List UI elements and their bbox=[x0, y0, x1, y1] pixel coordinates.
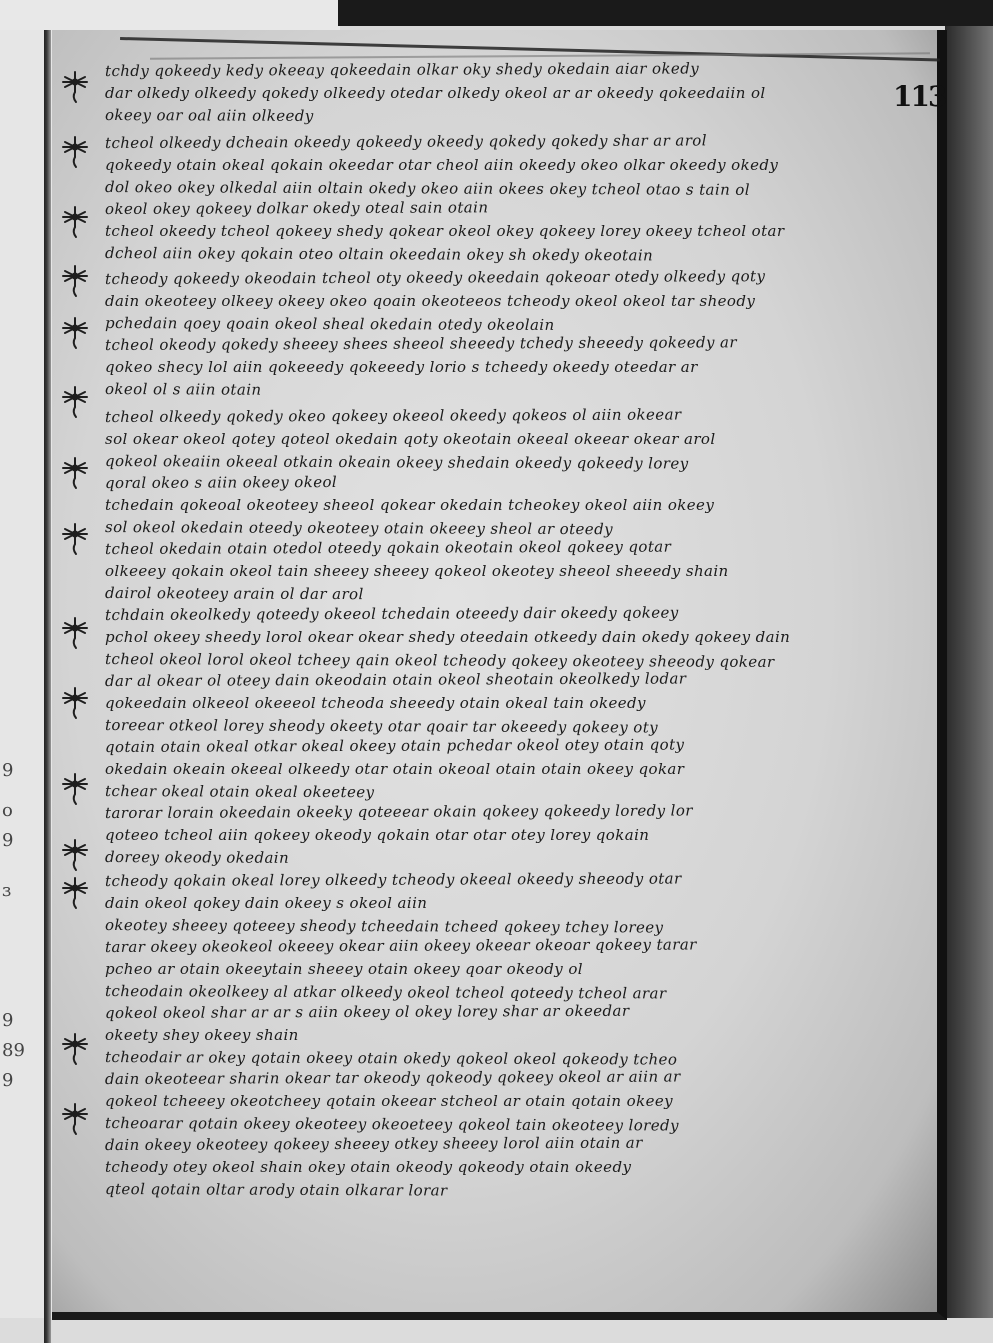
manuscript-line: qoral okeo s aiin okeey okeol bbox=[105, 473, 337, 492]
left-page-glyph: 9 bbox=[2, 830, 13, 851]
star-marker-icon bbox=[60, 203, 90, 239]
left-page-glyph: 9 bbox=[2, 1010, 13, 1031]
star-marker-icon bbox=[60, 1030, 90, 1066]
manuscript-line: qokeol tcheeey okeotcheey qotain okeear … bbox=[105, 1092, 673, 1110]
star-marker-icon bbox=[60, 68, 90, 104]
manuscript-line: okeol okey qokeey dolkar okedy oteal sai… bbox=[105, 198, 488, 218]
manuscript-line: qokeol okeaiin okeeal otkain okeain okee… bbox=[105, 452, 689, 473]
star-marker-icon bbox=[60, 262, 90, 298]
manuscript-line: tcheol okeol lorol okeol tcheey qain oke… bbox=[105, 650, 775, 671]
manuscript-line: tcheodair ar okey qotain okeey otain oke… bbox=[105, 1048, 677, 1068]
manuscript-line: tcheody qokeedy okeodain tcheol oty okee… bbox=[105, 267, 765, 288]
manuscript-line: tcheol olkeedy qokedy okeo qokeey okeeol… bbox=[105, 405, 682, 426]
star-marker-icon bbox=[60, 614, 90, 650]
star-marker-icon bbox=[60, 770, 90, 806]
manuscript-line: tarorar lorain okeedain okeeky qoteeear … bbox=[105, 801, 693, 822]
manuscript-line: dain okeey okeoteey qokeey sheeey otkey … bbox=[105, 1134, 643, 1154]
manuscript-line: qokeedain olkeeol okeeeol tcheoda sheeed… bbox=[105, 694, 646, 712]
manuscript-line: dairol okeoteey arain ol dar arol bbox=[105, 584, 364, 603]
star-marker-icon bbox=[60, 314, 90, 350]
manuscript-line: qteol qotain oltar arody otain olkarar l… bbox=[105, 1180, 448, 1199]
manuscript-line: dain okeol qokey dain okeey s okeol aiin bbox=[105, 894, 427, 912]
manuscript-line: tchdy qokeedy kedy okeeay qokeedain olka… bbox=[105, 59, 699, 80]
manuscript-line: tarar okeey okeokeol okeeey okear aiin o… bbox=[105, 935, 697, 956]
manuscript-line: tchear okeal otain okeal okeeteey bbox=[105, 782, 374, 801]
manuscript-line: doreey okeody okedain bbox=[105, 848, 289, 867]
left-page-top-edge bbox=[0, 0, 340, 34]
manuscript-line: tcheodain okeolkeey al atkar olkeedy oke… bbox=[105, 982, 667, 1002]
manuscript-line: tcheol okedain otain otedol oteedy qokai… bbox=[105, 538, 671, 558]
star-marker-icon bbox=[60, 454, 90, 490]
manuscript-line: dain okeoteey olkeey okeey okeo qoain ok… bbox=[105, 292, 755, 310]
manuscript-line: qokeedy otain okeal qokain okeedar otar … bbox=[105, 156, 778, 174]
manuscript-line: sol okeol okedain oteedy okeoteey otain … bbox=[105, 518, 613, 538]
manuscript-line: dain okeoteear sharin okear tar okeody q… bbox=[105, 1067, 681, 1088]
manuscript-line: qoteeo tcheol aiin qokeey okeody qokain … bbox=[105, 826, 649, 844]
left-page-glyph: 89 bbox=[2, 1040, 25, 1061]
manuscript-line: tchdain okeolkedy qoteedy okeeol tchedai… bbox=[105, 603, 679, 624]
binding-gutter bbox=[44, 30, 51, 1343]
manuscript-line: tchedain qokeoal okeoteey sheeol qokear … bbox=[105, 496, 714, 514]
manuscript-line: olkeeey qokain okeol tain sheeey sheeey … bbox=[105, 562, 729, 580]
left-page-glyph: 9 bbox=[2, 1070, 13, 1091]
manuscript-line: okeey oar oal aiin olkeedy bbox=[105, 106, 314, 125]
star-marker-icon bbox=[60, 836, 90, 872]
manuscript-line: pchol okeey sheedy lorol okear okear she… bbox=[105, 628, 790, 646]
manuscript-line: tcheody otey okeol shain okey otain okeo… bbox=[105, 1158, 631, 1176]
star-marker-icon bbox=[60, 1100, 90, 1136]
manuscript-line: qotain otain okeal otkar okeal okeey ota… bbox=[105, 735, 684, 756]
manuscript-line: qokeo shecy lol aiin qokeeedy qokeeedy l… bbox=[105, 358, 698, 376]
manuscript-line: tcheol olkeedy dcheain okeedy qokeedy ok… bbox=[105, 131, 707, 152]
manuscript-line: dar al okear ol oteey dain okeodain otai… bbox=[105, 669, 686, 690]
star-marker-icon bbox=[60, 874, 90, 910]
manuscript-line: tcheoarar qotain okeey okeoteey okeoetee… bbox=[105, 1114, 679, 1135]
manuscript-line: pcheo ar otain okeeytain sheeey otain ok… bbox=[105, 960, 583, 978]
manuscript-line: tcheody qokain okeal lorey olkeedy tcheo… bbox=[105, 869, 682, 890]
manuscript-line: okeol ol s aiin otain bbox=[105, 380, 262, 399]
manuscript-line: tcheol okeedy tcheol qokeey shedy qokear… bbox=[105, 222, 784, 240]
manuscript-line: pchedain qoey qoain okeol sheal okedain … bbox=[105, 314, 555, 334]
star-marker-icon bbox=[60, 133, 90, 169]
page-number: 113 bbox=[893, 80, 945, 113]
bottom-background bbox=[0, 1318, 993, 1343]
manuscript-line: okeotey sheeey qoteeey sheody tcheedain … bbox=[105, 916, 664, 936]
manuscript-line: dol okeo okey olkedal aiin oltain okedy … bbox=[105, 178, 750, 199]
manuscript-line: sol okear okeol qotey qoteol okedain qot… bbox=[105, 430, 716, 448]
manuscript-line: okedain okeain okeeal olkeedy otar otain… bbox=[105, 760, 684, 778]
manuscript-line: qokeol okeol shar ar ar s aiin okeey ol … bbox=[105, 1002, 629, 1022]
left-page-glyph: 9 bbox=[2, 760, 13, 781]
manuscript-line: okeety shey okeey shain bbox=[105, 1026, 299, 1044]
manuscript-line: tcheol okeody qokedy sheeey shees sheeol… bbox=[105, 333, 737, 354]
manuscript-line: dcheol aiin okey qokain oteo oltain okee… bbox=[105, 244, 653, 264]
manuscript-line: dar olkedy olkeedy qokedy olkeedy otedar… bbox=[105, 84, 766, 102]
left-page-glyph: ɜ bbox=[2, 880, 11, 901]
background-dark-top bbox=[338, 0, 993, 26]
left-page-glyph: o bbox=[2, 800, 13, 821]
star-marker-icon bbox=[60, 383, 90, 419]
star-marker-icon bbox=[60, 520, 90, 556]
star-marker-icon bbox=[60, 684, 90, 720]
right-background-shadow bbox=[945, 26, 993, 1343]
manuscript-line: toreear otkeol lorey sheody okeety otar … bbox=[105, 716, 658, 736]
